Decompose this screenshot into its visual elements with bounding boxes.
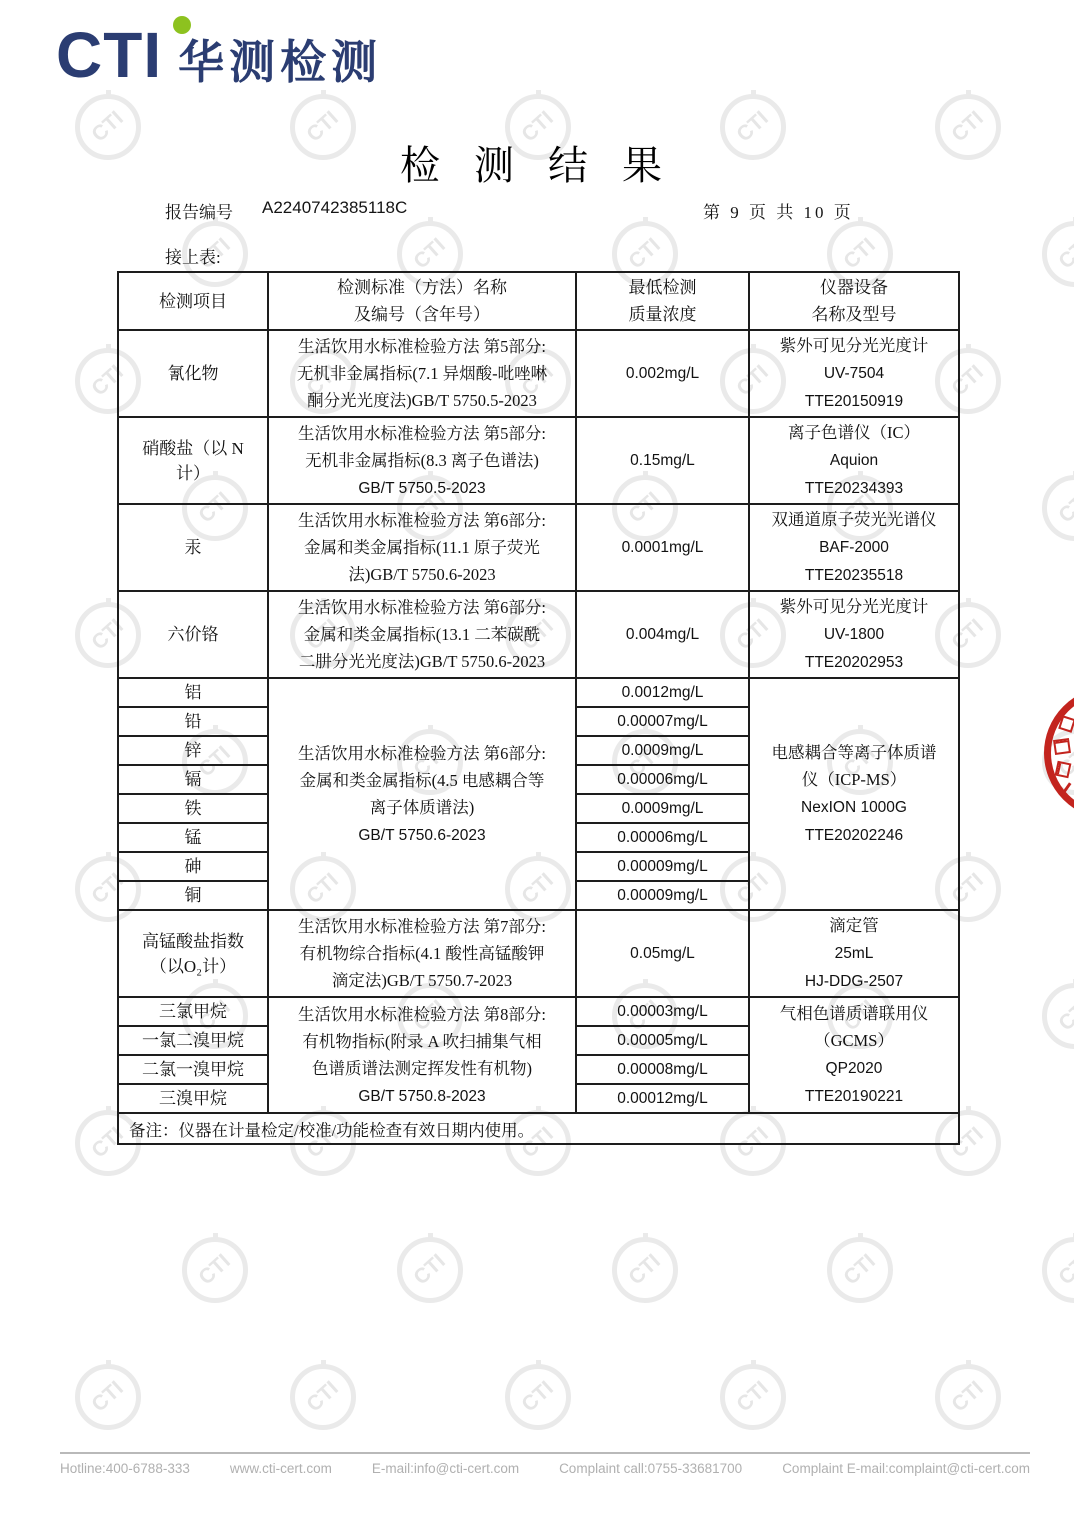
report-meta: 报告编号 A2240742385118C 第 9 页 共 10 页 [0, 198, 1074, 222]
results-table: 检测项目检测标准（方法）名称及编号（含年号）最低检测质量浓度仪器设备名称及型号氰… [117, 271, 960, 1145]
footer-hotline: Hotline:400-6788-333 [60, 1461, 190, 1476]
mdl-cell: 0.15mg/L [576, 417, 749, 504]
mdl-cell: 0.00005mg/L [576, 1026, 749, 1055]
test-item-cell: 镉 [118, 765, 268, 794]
instrument-cell: 电感耦合等离子体质谱仪（ICP-MS）NexION 1000GTTE202022… [749, 678, 959, 910]
cti-logo-dot-icon [173, 16, 191, 34]
test-item-cell: 高锰酸盐指数（以O₂计） [118, 910, 268, 997]
instrument-cell: 紫外可见分光光度计UV-7504TTE20150919 [749, 330, 959, 417]
report-no-value: A2240742385118C [262, 198, 407, 218]
footer-website: www.cti-cert.com [230, 1461, 332, 1476]
test-item-cell: 一氯二溴甲烷 [118, 1026, 268, 1055]
test-item-cell: 锰 [118, 823, 268, 852]
report-page: CTICTICTICTICTICTICTICTICTICTICTICTICTIC… [0, 0, 1074, 1520]
mdl-cell: 0.002mg/L [576, 330, 749, 417]
method-cell: 生活饮用水标准检验方法 第6部分:金属和类金属指标(13.1 二苯碳酰二肼分光光… [268, 591, 576, 678]
col-header-0: 检测项目 [118, 272, 268, 330]
test-item-cell: 砷 [118, 852, 268, 881]
mdl-cell: 0.00006mg/L [576, 823, 749, 852]
method-cell: 生活饮用水标准检验方法 第6部分:金属和类金属指标(11.1 原子荧光法)GB/… [268, 504, 576, 591]
test-item-cell: 铜 [118, 881, 268, 910]
cti-logo-text: CTI [56, 19, 162, 91]
test-item-cell: 铅 [118, 707, 268, 736]
test-item-cell: 铁 [118, 794, 268, 823]
test-item-cell: 三溴甲烷 [118, 1084, 268, 1113]
instrument-cell: 气相色谱质谱联用仪（GCMS）QP2020TTE20190221 [749, 997, 959, 1113]
test-item-cell: 六价铬 [118, 591, 268, 678]
col-header-3: 仪器设备名称及型号 [749, 272, 959, 330]
method-cell: 生活饮用水标准检验方法 第8部分:有机物指标(附录 A 吹扫捕集气相色谱质谱法测… [268, 997, 576, 1113]
page-title: 检 测 结 果 [0, 134, 1074, 191]
method-cell: 生活饮用水标准检验方法 第5部分:无机非金属指标(8.3 离子色谱法)GB/T … [268, 417, 576, 504]
method-cell: 生活饮用水标准检验方法 第5部分:无机非金属指标(7.1 异烟酸-吡唑啉酮分光光… [268, 330, 576, 417]
test-item-cell: 锌 [118, 736, 268, 765]
mdl-cell: 0.00009mg/L [576, 881, 749, 910]
mdl-cell: 0.0001mg/L [576, 504, 749, 591]
test-item-cell: 二氯一溴甲烷 [118, 1055, 268, 1084]
instrument-cell: 离子色谱仪（IC）AquionTTE20234393 [749, 417, 959, 504]
page-indicator: 第 9 页 共 10 页 [703, 198, 854, 223]
cti-logo-wordmark: CTI [56, 26, 162, 85]
footer-complaint-call: Complaint call:0755-33681700 [559, 1461, 742, 1476]
mdl-cell: 0.00007mg/L [576, 707, 749, 736]
mdl-cell: 0.00009mg/L [576, 852, 749, 881]
footer-divider [60, 1452, 1030, 1454]
cti-logo: CTI 华测检测 [56, 26, 382, 85]
continued-from-label: 接上表: [165, 243, 221, 268]
remark-cell: 备注：仪器在计量检定/校准/功能检查有效日期内使用。 [118, 1113, 959, 1144]
report-no-label: 报告编号 [165, 198, 233, 223]
cti-logo-chinese: 华测检测 [178, 39, 382, 85]
footer-email: E-mail:info@cti-cert.com [372, 1461, 519, 1476]
mdl-cell: 0.0009mg/L [576, 736, 749, 765]
test-item-cell: 硝酸盐（以 N计） [118, 417, 268, 504]
red-stamp-icon [1044, 687, 1074, 819]
test-item-cell: 氰化物 [118, 330, 268, 417]
mdl-cell: 0.0012mg/L [576, 678, 749, 707]
footer-complaint-email: Complaint E-mail:complaint@cti-cert.com [782, 1461, 1030, 1476]
mdl-cell: 0.00008mg/L [576, 1055, 749, 1084]
mdl-cell: 0.0009mg/L [576, 794, 749, 823]
instrument-cell: 双通道原子荧光光谱仪BAF-2000TTE20235518 [749, 504, 959, 591]
col-header-2: 最低检测质量浓度 [576, 272, 749, 330]
test-item-cell: 三氯甲烷 [118, 997, 268, 1026]
test-item-cell: 铝 [118, 678, 268, 707]
footer: Hotline:400-6788-333 www.cti-cert.com E-… [60, 1461, 1030, 1476]
mdl-cell: 0.00012mg/L [576, 1084, 749, 1113]
mdl-cell: 0.00006mg/L [576, 765, 749, 794]
col-header-1: 检测标准（方法）名称及编号（含年号） [268, 272, 576, 330]
instrument-cell: 滴定管25mLHJ-DDG-2507 [749, 910, 959, 997]
instrument-cell: 紫外可见分光光度计UV-1800TTE20202953 [749, 591, 959, 678]
test-item-cell: 汞 [118, 504, 268, 591]
mdl-cell: 0.004mg/L [576, 591, 749, 678]
mdl-cell: 0.00003mg/L [576, 997, 749, 1026]
method-cell: 生活饮用水标准检验方法 第6部分:金属和类金属指标(4.5 电感耦合等离子体质谱… [268, 678, 576, 910]
method-cell: 生活饮用水标准检验方法 第7部分:有机物综合指标(4.1 酸性高锰酸钾滴定法)G… [268, 910, 576, 997]
mdl-cell: 0.05mg/L [576, 910, 749, 997]
